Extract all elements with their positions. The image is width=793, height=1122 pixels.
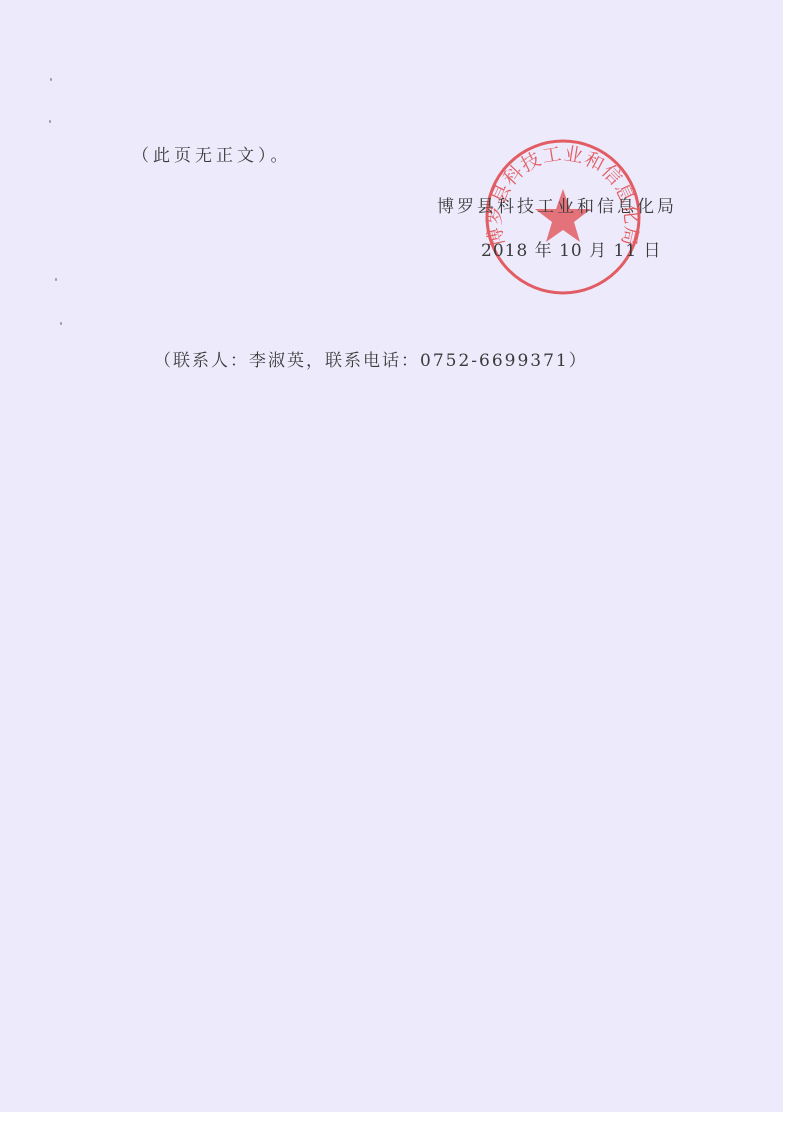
scan-speck	[60, 322, 62, 325]
no-body-note: （此页无正文）。	[132, 141, 292, 166]
document-page: （此页无正文）。 博罗县科技工业和信息化局 博罗县科技工业和信息化局 2018 …	[0, 0, 783, 1112]
issuing-organization: 博罗县科技工业和信息化局	[437, 192, 677, 217]
scan-speck	[55, 278, 57, 281]
issue-date: 2018 年 10 月 11 日	[481, 236, 662, 261]
official-seal-stamp: 博罗县科技工业和信息化局	[483, 137, 643, 297]
scan-speck	[49, 120, 51, 123]
contact-info: （联系人：李淑英，联系电话：0752-6699371）	[154, 346, 588, 371]
scan-speck	[50, 78, 52, 81]
